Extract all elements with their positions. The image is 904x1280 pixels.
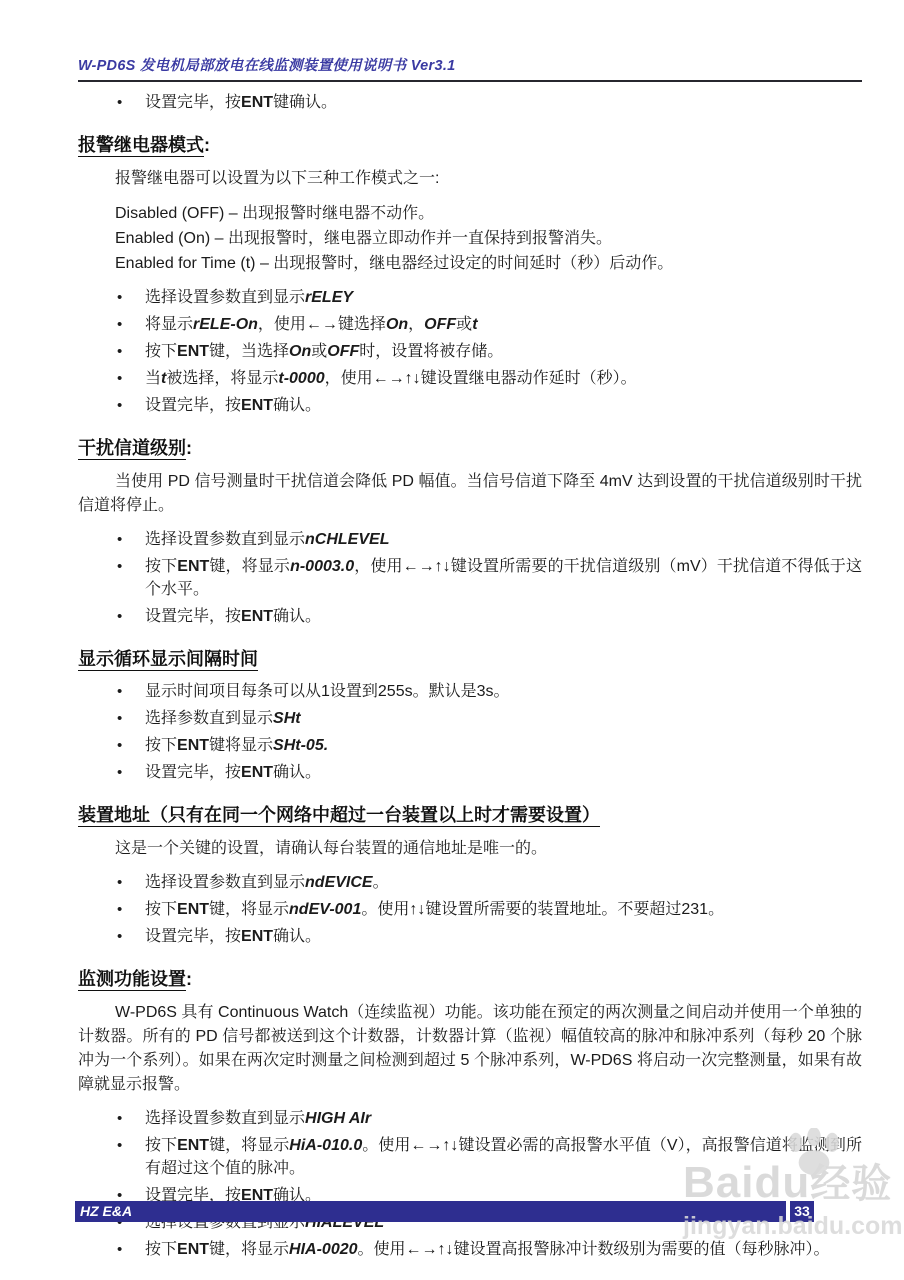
relay-mode-options: Disabled (OFF) – 出现报警时继电器不动作。Enabled (On… — [115, 201, 862, 276]
relay-setup-steps: 选择设置参数直到显示rELEY将显示rELE-On，使用←→键选择On，OFF或… — [78, 286, 862, 417]
heading-device-address: 装置地址（只有在同一个网络中超过一台装置以上时才需要设置） — [78, 803, 862, 827]
key-name: ENT — [241, 608, 273, 625]
bullet-item: 显示时间项目每条可以从1设置到255s。默认是3s。 — [78, 680, 862, 703]
bullet-item: 设置完毕，按ENT键确认。 — [78, 91, 862, 114]
bullet-item: 按下ENT键，当选择On或OFF时，设置将被存储。 — [78, 340, 862, 363]
display-code: HIA-0020 — [289, 1241, 357, 1258]
display-code: n-0003.0 — [290, 558, 354, 575]
bullet-item: 按下ENT键将显示SHt-05. — [78, 734, 862, 757]
footer-brand-bar: HZ E&A — [75, 1201, 786, 1222]
display-code: HiA-010.0 — [289, 1137, 362, 1154]
key-name: ←→↑↓ — [410, 1137, 458, 1154]
display-cycle-steps: 显示时间项目每条可以从1设置到255s。默认是3s。选择参数直到显示SHt按下E… — [78, 680, 862, 784]
key-name: ENT — [177, 901, 209, 918]
monitor-function-intro: W-PD6S 具有 Continuous Watch（连续监视）功能。该功能在预… — [78, 1001, 862, 1097]
bullet-item: 按下ENT键，将显示ndEV-001。使用↑↓键设置所需要的装置地址。不要超过2… — [78, 898, 862, 921]
display-code: OFF — [424, 316, 456, 333]
key-name: ENT — [241, 397, 273, 414]
display-code: OFF — [327, 343, 359, 360]
display-code: On — [289, 343, 311, 360]
noise-channel-steps: 选择设置参数直到显示nCHLEVEL按下ENT键，将显示n-0003.0，使用←… — [78, 528, 862, 628]
heading-text: 监测功能设置 — [78, 969, 186, 991]
display-code: t — [472, 316, 477, 333]
page-content: W-PD6S 发电机局部放电在线监测装置使用说明书 Ver3.1 设置完毕，按E… — [78, 56, 862, 1270]
key-name: ENT — [177, 737, 209, 754]
display-code: SHt — [273, 710, 301, 727]
bullet-item: 设置完毕，按ENT确认。 — [78, 394, 862, 417]
option-line: Enabled for Time (t) – 出现报警时，继电器经过设定的时间延… — [115, 251, 862, 276]
key-name: ←→↑↓ — [403, 558, 451, 575]
bullet-item: 选择设置参数直到显示HIGH AIr — [78, 1107, 862, 1130]
heading-alarm-relay-mode: 报警继电器模式: — [78, 133, 862, 157]
heading-text: 报警继电器模式 — [78, 135, 204, 157]
display-code: t-0000 — [278, 370, 324, 387]
bullet-item: 当t被选择，将显示t-0000，使用←→↑↓键设置继电器动作延时（秒）。 — [78, 367, 862, 390]
bullet-item: 设置完毕，按ENT确认。 — [78, 605, 862, 628]
manual-page: W-PD6S 发电机局部放电在线监测装置使用说明书 Ver3.1 设置完毕，按E… — [0, 0, 904, 1280]
heading-text: 显示循环显示间隔时间 — [78, 649, 258, 671]
heading-display-cycle-interval: 显示循环显示间隔时间 — [78, 647, 862, 671]
key-name: ENT — [177, 343, 209, 360]
bullet-item: 选择设置参数直到显示nCHLEVEL — [78, 528, 862, 551]
display-code: On — [386, 316, 408, 333]
bullet-item: 选择设置参数直到显示ndEVICE。 — [78, 871, 862, 894]
key-name: ←→ — [306, 316, 338, 333]
option-line: Enabled (On) – 出现报警时，继电器立即动作并一直保持到报警消失。 — [115, 226, 862, 251]
key-name: ENT — [241, 764, 273, 781]
alarm-relay-intro: 报警继电器可以设置为以下三种工作模式之一: — [78, 167, 862, 191]
bullet-item: 设置完毕，按ENT确认。 — [78, 761, 862, 784]
key-name: ENT — [177, 1137, 209, 1154]
display-code: HIGH AIr — [305, 1110, 371, 1127]
footer-brand: HZ E&A — [80, 1203, 132, 1219]
footer: HZ E&A 33 — [75, 1201, 814, 1222]
bullet-item: 选择设置参数直到显示rELEY — [78, 286, 862, 309]
key-name: ENT — [177, 558, 209, 575]
header-title: W-PD6S 发电机局部放电在线监测装置使用说明书 Ver3.1 — [78, 56, 862, 76]
heading-text: 装置地址（只有在同一个网络中超过一台装置以上时才需要设置） — [78, 805, 600, 827]
key-name: ENT — [241, 94, 273, 111]
header-rule — [78, 80, 862, 82]
display-code: rELE-On — [193, 316, 258, 333]
display-code: ndEVICE — [305, 874, 373, 891]
bullet-item: 选择参数直到显示SHt — [78, 707, 862, 730]
key-name: ENT — [177, 1241, 209, 1258]
bullet-item: 按下ENT键，将显示n-0003.0，使用←→↑↓键设置所需要的干扰信道级别（m… — [78, 555, 862, 601]
display-code: nCHLEVEL — [305, 531, 389, 548]
bullet-item: 按下ENT键，将显示HiA-010.0。使用←→↑↓键设置必需的高报警水平值（V… — [78, 1134, 862, 1180]
device-address-intro: 这是一个关键的设置，请确认每台装置的通信地址是唯一的。 — [78, 837, 862, 861]
device-address-steps: 选择设置参数直到显示ndEVICE。按下ENT键，将显示ndEV-001。使用↑… — [78, 871, 862, 948]
bullet-item: 将显示rELE-On，使用←→键选择On，OFF或t — [78, 313, 862, 336]
document-body: 设置完毕，按ENT键确认。报警继电器模式:报警继电器可以设置为以下三种工作模式之… — [78, 91, 862, 1261]
display-code: ndEV-001 — [289, 901, 361, 918]
heading-text: 干扰信道级别 — [78, 438, 186, 460]
heading-monitor-function: 监测功能设置: — [78, 967, 862, 991]
key-name: ENT — [241, 928, 273, 945]
key-name: ←→↑↓ — [373, 370, 421, 387]
display-code: rELEY — [305, 289, 353, 306]
heading-noise-channel-level: 干扰信道级别: — [78, 436, 862, 460]
key-name: ↑↓ — [409, 901, 425, 918]
page-number: 33 — [790, 1201, 814, 1222]
option-line: Disabled (OFF) – 出现报警时继电器不动作。 — [115, 201, 862, 226]
noise-channel-intro: 当使用 PD 信号测量时干扰信道会降低 PD 幅值。当信号信道下降至 4mV 达… — [78, 470, 862, 518]
display-code: t — [161, 370, 166, 387]
display-code: SHt-05. — [273, 737, 328, 754]
key-name: ←→↑↓ — [406, 1241, 454, 1258]
bullet-item: 设置完毕，按ENT确认。 — [78, 925, 862, 948]
bullet-item: 按下ENT键，将显示HIA-0020。使用←→↑↓键设置高报警脉冲计数级别为需要… — [78, 1238, 862, 1261]
confirm-step-list: 设置完毕，按ENT键确认。 — [78, 91, 862, 114]
monitor-function-steps: 选择设置参数直到显示HIGH AIr按下ENT键，将显示HiA-010.0。使用… — [78, 1107, 862, 1261]
